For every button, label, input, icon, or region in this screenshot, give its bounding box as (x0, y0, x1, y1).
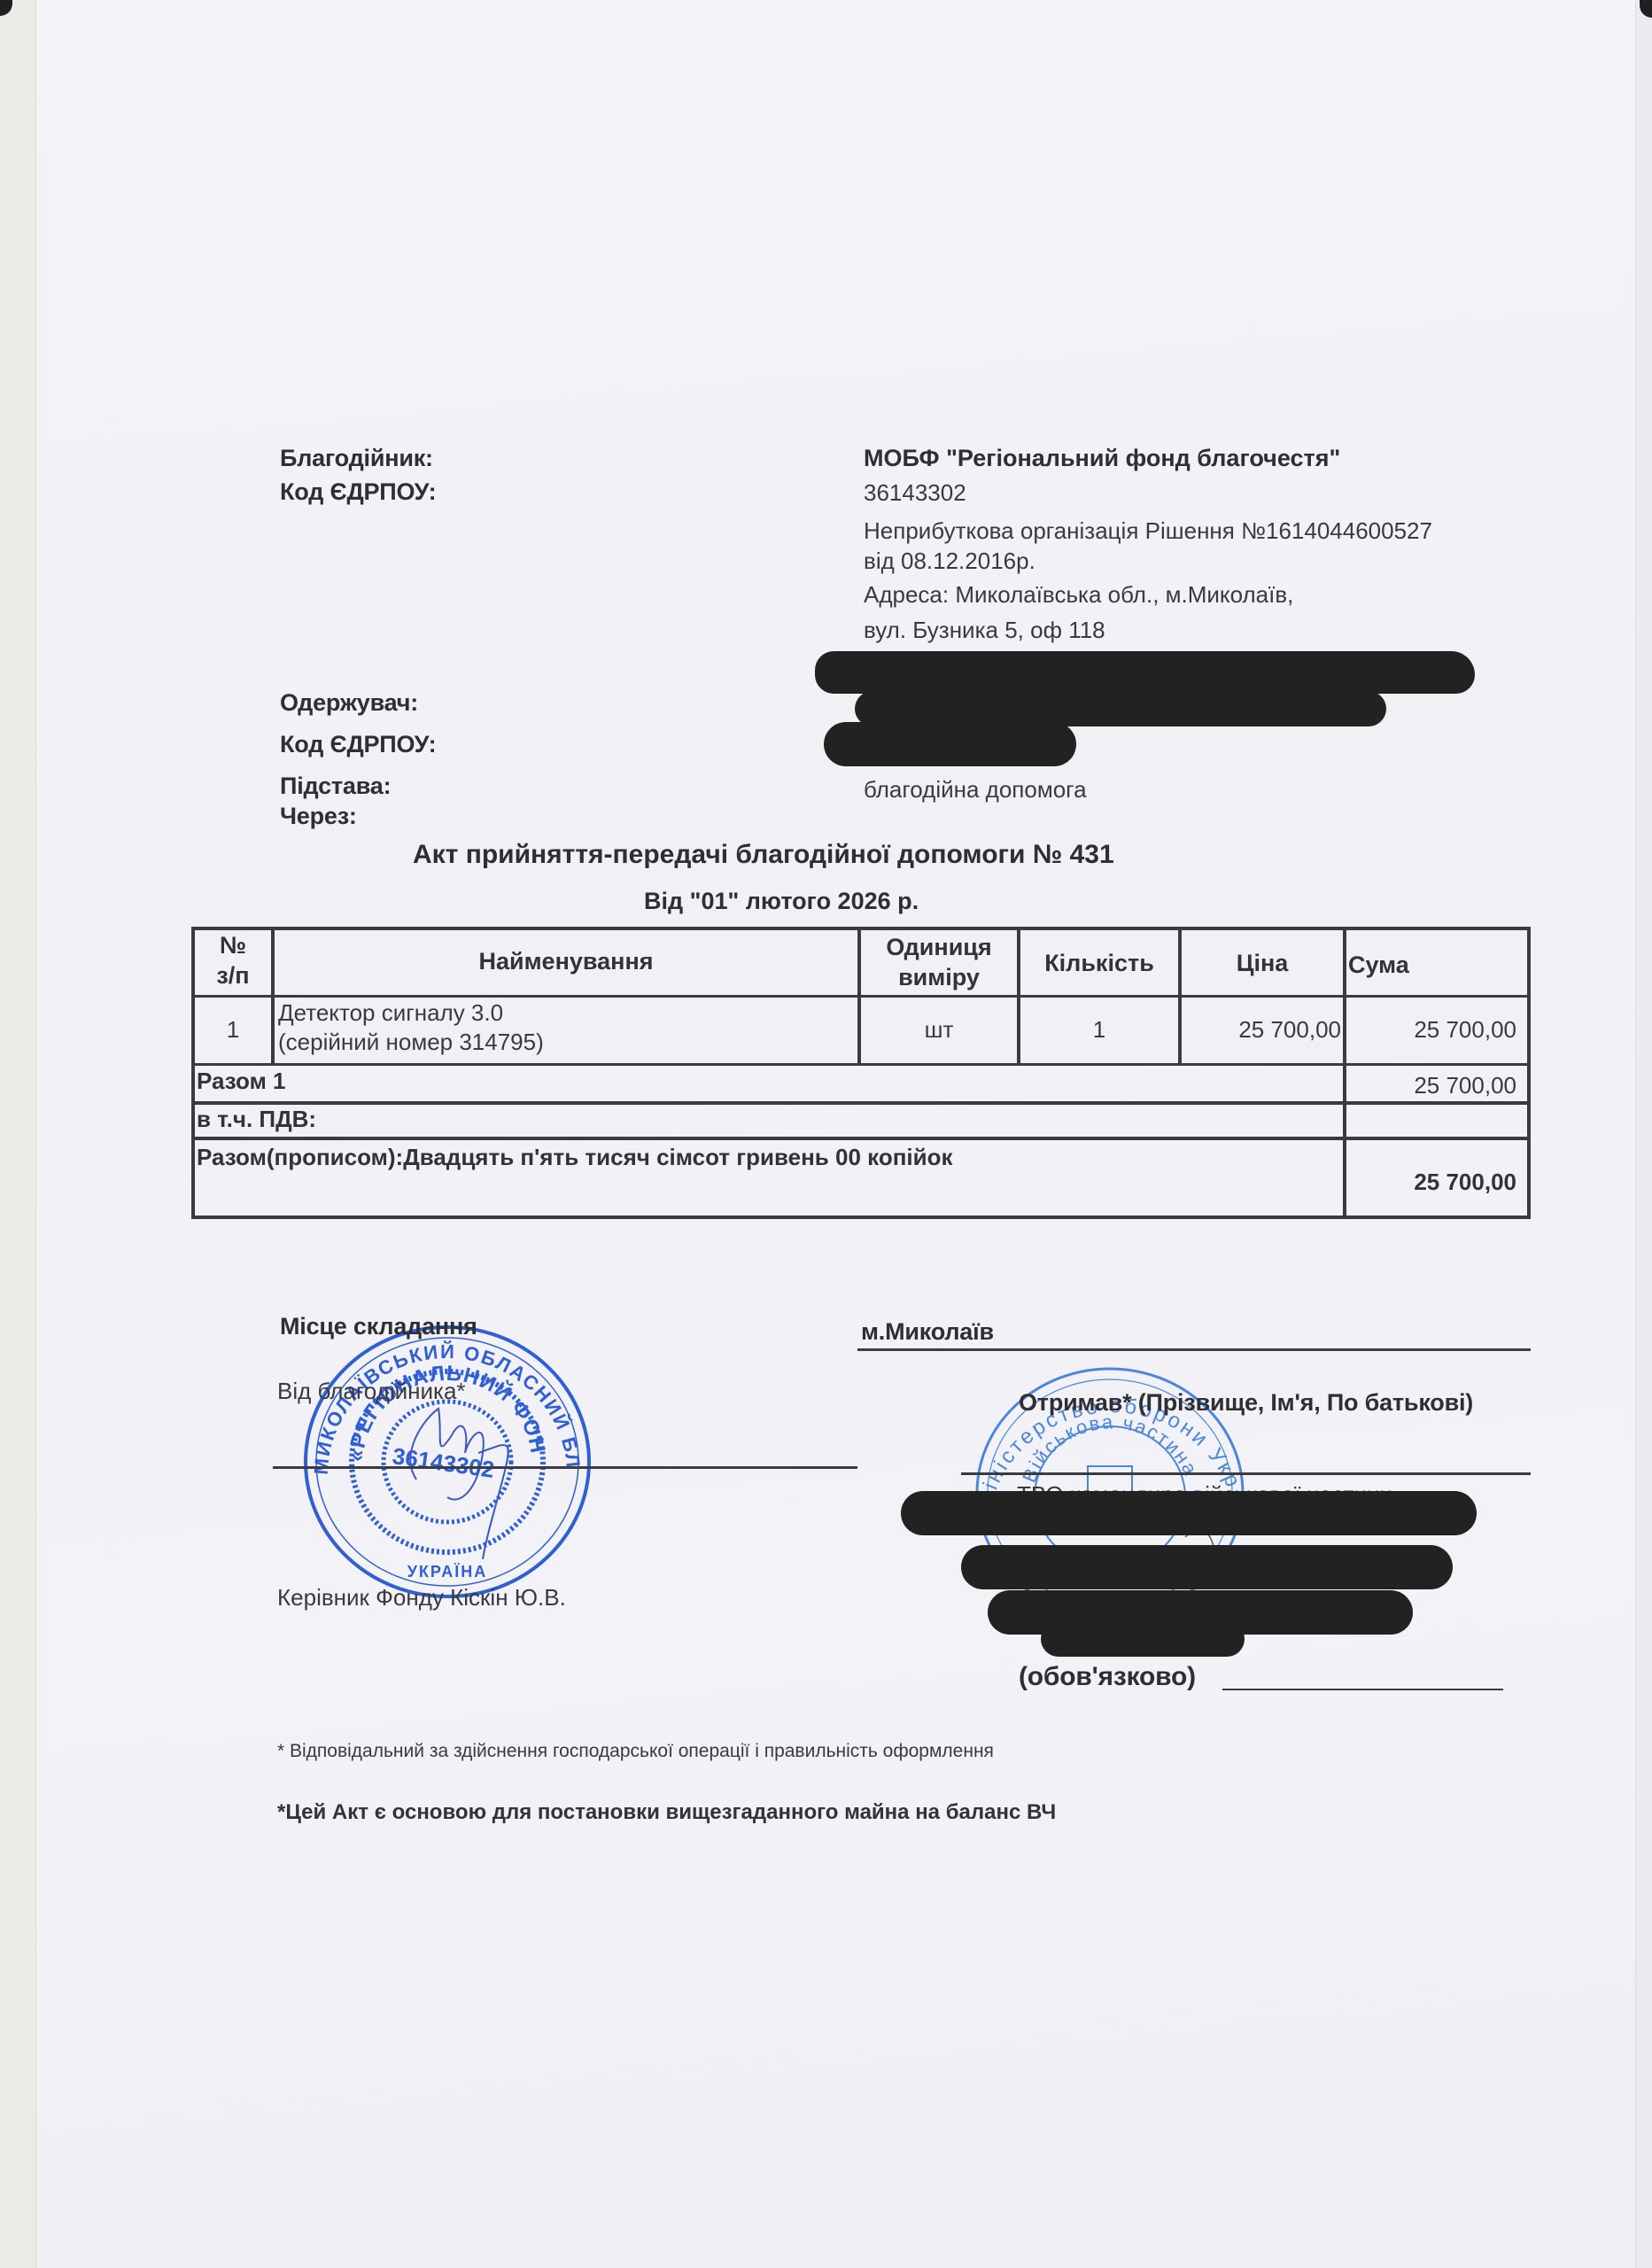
place-underline (857, 1348, 1531, 1351)
redaction-bar (901, 1491, 1477, 1535)
place-value: м.Миколаїв (861, 1318, 994, 1346)
recipient-edrpou-label: Код ЄДРПОУ: (280, 731, 436, 758)
total-value: 25 700,00 (1346, 1071, 1516, 1099)
header-qty: Кількість (1020, 948, 1178, 978)
total-in-words-value: 25 700,00 (1346, 1168, 1516, 1196)
redaction-bar (1041, 1621, 1245, 1657)
header-unit: Одиниця виміру (861, 932, 1017, 992)
vat-label: в т.ч. ПДВ: (197, 1105, 316, 1133)
via-label: Через: (280, 803, 357, 830)
header-num-line1: № (195, 930, 271, 960)
donor-signature-line[interactable] (273, 1466, 857, 1469)
donor-stamp-icon: МИКОЛАЇВСЬКИЙ ОБЛАСНИЙ БЛАГОДІЙНИЙ ФОНД … (292, 1320, 602, 1604)
donor-edrpou-label: Код ЄДРПОУ: (280, 478, 436, 506)
mandatory-signature-line[interactable] (1222, 1689, 1503, 1690)
donor-nonprofit-line: Неприбуткова організація Рішення №161404… (864, 517, 1432, 545)
act-date: Від "01" лютого 2026 р. (644, 888, 919, 915)
donor-edrpou: 36143302 (864, 479, 966, 507)
redaction-bar (824, 722, 1076, 766)
redaction-bar (961, 1545, 1453, 1589)
recipient-label: Одержувач: (280, 689, 418, 717)
head-signature: Керівник Фонду Кіскін Ю.В. (277, 1584, 566, 1612)
total-in-words: Разом(прописом):Двадцять п'ять тисяч сім… (197, 1143, 953, 1171)
header-unit-line2: виміру (861, 962, 1017, 992)
row-name-line1: Детектор сигналу 3.0 (278, 998, 503, 1027)
mandatory-label: (обов'язково) (1019, 1662, 1196, 1692)
from-donor-label: Від благодійника* (277, 1378, 466, 1405)
footnote-responsible: * Відповідальний за здійснення господарс… (277, 1741, 994, 1762)
scan-margin-strip (0, 0, 36, 2268)
donor-address-line2: вул. Бузника 5, оф 118 (864, 617, 1105, 644)
stamp-code: 36143302 (391, 1442, 496, 1483)
stamp-bottom-text: УКРАЇНА (407, 1563, 488, 1581)
header-num-line2: з/п (195, 960, 271, 990)
scan-margin-strip-right (1635, 0, 1652, 2268)
header-unit-line1: Одиниця (861, 932, 1017, 962)
received-label: Отримав* (Прізвище, Ім'я, По батькові) (1019, 1389, 1473, 1417)
total-label: Разом 1 (197, 1067, 286, 1095)
row-qty: 1 (1020, 1015, 1178, 1044)
header-name: Найменування (275, 946, 857, 976)
basis-label: Підстава: (280, 773, 391, 800)
place-label: Місце складання (280, 1313, 477, 1340)
donor-nonprofit-date: від 08.12.2016р. (864, 548, 1035, 575)
row-sum: 25 700,00 (1346, 1015, 1516, 1044)
row-num: 1 (195, 1015, 271, 1044)
footnote-balance: *Цей Акт є основою для постановки вищезг… (277, 1800, 1056, 1825)
redaction-bar (815, 651, 1475, 694)
header-price: Ціна (1182, 948, 1343, 978)
donor-label: Благодійник: (280, 445, 433, 472)
recipient-signature-line[interactable] (961, 1472, 1531, 1475)
header-num: № з/п (195, 930, 271, 990)
items-table: № з/п Найменування Одиниця виміру Кількі… (191, 927, 1531, 1219)
redaction-bar (855, 691, 1386, 726)
donor-address-line1: Адреса: Миколаївська обл., м.Миколаїв, (864, 581, 1293, 609)
row-unit: шт (861, 1015, 1017, 1044)
header-sum: Сума (1348, 950, 1409, 980)
row-price: 25 700,00 (1182, 1015, 1341, 1044)
row-name-line2: (серійний номер 314795) (278, 1028, 544, 1056)
basis-value: благодійна допомога (864, 776, 1087, 804)
donor-name: МОБФ "Регіональний фонд благочестя" (864, 445, 1340, 472)
act-title: Акт прийняття-передачі благодійної допом… (413, 840, 1114, 870)
